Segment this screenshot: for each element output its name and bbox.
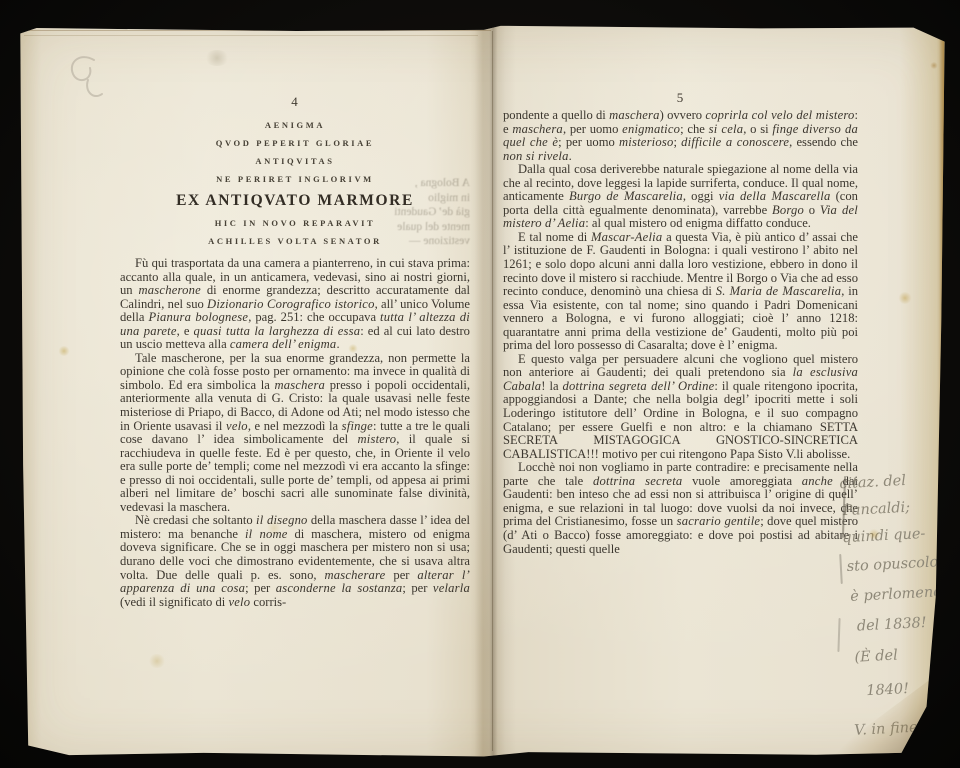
handwritten-note-line: è perlomeno (850, 576, 960, 612)
epigraph-line: AENIGMA (120, 120, 470, 130)
foxing-stain (58, 346, 70, 356)
page-left: 4 AENIGMAQVOD PEPERIT GLORIAEANTIQVITASN… (18, 24, 470, 758)
epigraph-line: QVOD PEPERIT GLORIAE (120, 138, 470, 148)
epigraph-line: NE PERIRET INGLORIVM (120, 174, 470, 184)
latin-epigraph: AENIGMAQVOD PEPERIT GLORIAEANTIQVITASNE … (120, 120, 470, 246)
foxing-stain (898, 292, 912, 304)
paragraph: Locchè noi non vogliamo in parte contrad… (503, 461, 858, 556)
handwritten-note-line: quindi que- (842, 519, 960, 552)
handwritten-note-line: Pancaldi; (842, 492, 960, 525)
page-number-right: 5 (503, 90, 858, 106)
paragraph: Nè credasi che soltanto il disegno della… (120, 514, 470, 609)
paragraph: Tale mascherone, per la sua enorme grand… (120, 352, 470, 515)
handwritten-note-line: citaz. del (839, 465, 960, 498)
foxing-stain (930, 62, 938, 69)
body-text-right: pondente a quello di maschera) ovvero co… (503, 109, 858, 556)
epigraph-line: ANTIQVITAS (120, 156, 470, 166)
handwritten-note-line: (È del (854, 636, 960, 674)
page-number-left: 4 (120, 94, 470, 110)
paragraph: pondente a quello di maschera) ovvero co… (503, 109, 858, 163)
handwritten-note-line: sto opuscolo (846, 546, 960, 582)
foxing-stain (266, 522, 282, 534)
epigraph-line: ACHILLES VOLTA SENATOR (120, 236, 470, 246)
photo-background: A Bologna ,in migliogià de’ Gaudentiment… (0, 0, 960, 768)
handwritten-note-line: del 1838! (856, 606, 960, 642)
foxing-stain (868, 529, 880, 540)
foxing-stain (204, 50, 230, 66)
foxing-stain (348, 344, 358, 353)
book-spread: A Bologna ,in migliogià de’ Gaudentiment… (18, 24, 946, 758)
paragraph: E questo valga per persuadere alcuni che… (503, 353, 858, 461)
text-column-right: 5 pondente a quello di maschera) ovvero … (503, 90, 858, 556)
text-column-left: 4 AENIGMAQVOD PEPERIT GLORIAEANTIQVITASN… (120, 94, 470, 609)
body-text-left: Fù qui trasportata da una camera a piant… (120, 257, 470, 609)
epigraph-line: EX ANTIQVATO MARMORE (120, 192, 470, 210)
paragraph: Dalla qual cosa deriverebbe naturale spi… (503, 163, 858, 231)
paragraph: Fù qui trasportata da una camera a piant… (120, 257, 470, 352)
paragraph: E tal nome di Mascar-Aelia a questa Via,… (503, 231, 858, 353)
epigraph-line: HIC IN NOVO REPARAVIT (120, 218, 470, 228)
foxing-stain (148, 654, 166, 668)
